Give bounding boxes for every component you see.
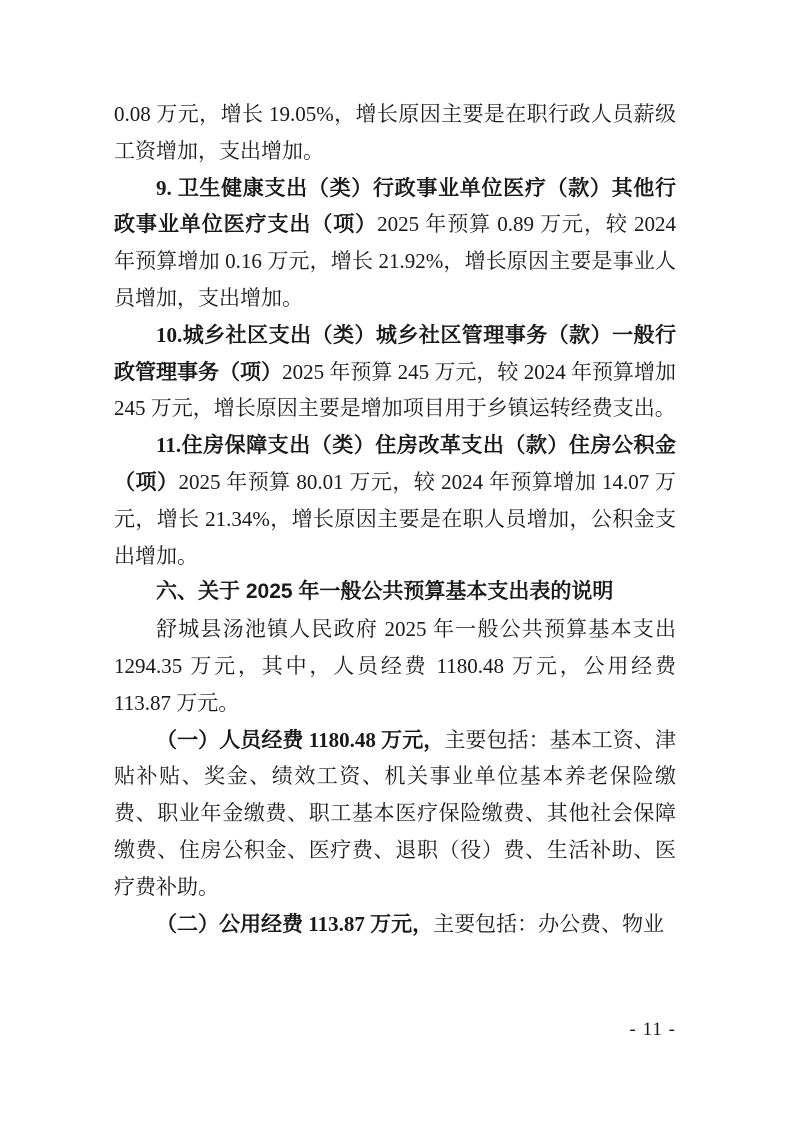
paragraph-item-10: 10.城乡社区支出（类）城乡社区管理事务（款）一般行政管理事务（项）2025 年…: [114, 317, 676, 427]
public-expense-paragraph: （二）公用经费 113.87 万元，主要包括：办公费、物业: [114, 906, 676, 943]
body-text: 0.08 万元，增长 19.05%，增长原因主要是在职行政人员薪级工资增加，支出…: [114, 102, 676, 163]
body-text: 2025 年预算 80.01 万元，较 2024 年预算增加 14.07 万元，…: [114, 470, 676, 568]
body-text: 主要包括：基本工资、津贴补贴、奖金、绩效工资、机关事业单位基本养老保险缴费、职业…: [114, 728, 676, 899]
section-6-heading: 六、关于 2025 年一般公共预算基本支出表的说明: [114, 574, 676, 611]
paragraph-item-11: 11.住房保障支出（类）住房改革支出（款）住房公积金（项）2025 年预算 80…: [114, 427, 676, 574]
section-6-intro-paragraph: 舒城县汤池镇人民政府 2025 年一般公共预算基本支出 1294.35 万元，其…: [114, 611, 676, 721]
bold-lead-text: （二）公用经费 113.87 万元，: [156, 912, 433, 936]
page-number: - 11 -: [630, 1020, 676, 1040]
paragraph-item8-continuation: 0.08 万元，增长 19.05%，增长原因主要是在职行政人员薪级工资增加，支出…: [114, 96, 676, 170]
bold-lead-text: （一）人员经费 1180.48 万元，: [156, 728, 444, 752]
document-page: 0.08 万元，增长 19.05%，增长原因主要是在职行政人员薪级工资增加，支出…: [0, 0, 793, 1122]
personnel-expense-paragraph: （一）人员经费 1180.48 万元，主要包括：基本工资、津贴补贴、奖金、绩效工…: [114, 722, 676, 906]
document-body: 0.08 万元，增长 19.05%，增长原因主要是在职行政人员薪级工资增加，支出…: [114, 96, 676, 942]
body-text: 主要包括：办公费、物业: [433, 912, 664, 936]
body-text: 舒城县汤池镇人民政府 2025 年一般公共预算基本支出 1294.35 万元，其…: [114, 617, 676, 715]
paragraph-item-9: 9. 卫生健康支出（类）行政事业单位医疗（款）其他行政事业单位医疗支出（项）20…: [114, 170, 676, 317]
section-heading-text: 六、关于 2025 年一般公共预算基本支出表的说明: [156, 580, 613, 603]
